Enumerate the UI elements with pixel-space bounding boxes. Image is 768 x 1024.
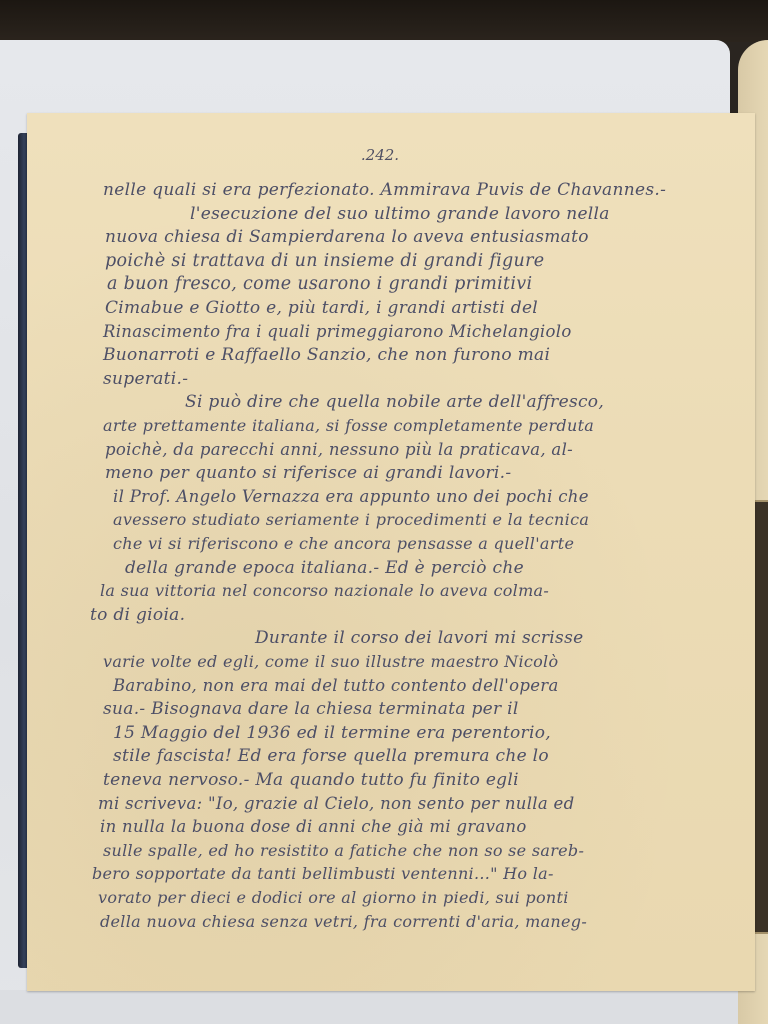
text-line: nelle quali si era perfezionato. Ammirav… [103,180,666,200]
text-line: Rinascimento fra i quali primeggiarono M… [103,322,572,341]
text-line: Si può dire che quella nobile arte dell'… [185,392,604,412]
text-line: bero sopportate da tanti bellimbusti ven… [92,864,554,883]
text-line: a buon fresco, come usarono i grandi pri… [107,274,532,294]
text-line: meno per quanto si riferisce ai grandi l… [105,463,511,483]
text-line: l'esecuzione del suo ultimo grande lavor… [190,204,610,224]
text-line: arte prettamente italiana, si fosse comp… [103,416,594,435]
text-line: to di gioia. [90,605,185,625]
text-line: della nuova chiesa senza vetri, fra corr… [100,912,587,931]
text-line: avessero studiato seriamente i procedime… [113,510,589,529]
text-line: poichè si trattava di un insieme di gran… [105,251,544,271]
text-line: sulle spalle, ed ho resistito a fatiche … [103,841,584,860]
manuscript-text: nelle quali si era perfezionato. Ammirav… [0,0,768,1024]
text-line: varie volte ed egli, come il suo illustr… [103,652,558,671]
text-line: la sua vittoria nel concorso nazionale l… [100,581,549,600]
text-line: sua.- Bisognava dare la chiesa terminata… [103,699,519,719]
text-line: Buonarroti e Raffaello Sanzio, che non f… [103,345,550,365]
text-line: stile fascista! Ed era forse quella prem… [113,746,549,766]
text-line: che vi si riferiscono e che ancora pensa… [113,534,574,553]
text-line: in nulla la buona dose di anni che già m… [100,817,527,836]
text-line: superati.- [103,369,188,389]
text-line: il Prof. Angelo Vernazza era appunto uno… [113,487,589,506]
text-line: 15 Maggio del 1936 ed il termine era per… [113,723,551,743]
text-line: vorato per dieci e dodici ore al giorno … [98,888,569,907]
text-line: Durante il corso dei lavori mi scrisse [255,628,583,648]
text-line: poichè, da parecchi anni, nessuno più la… [105,440,573,459]
text-line: Cimabue e Giotto e, più tardi, i grandi … [105,298,538,318]
text-line: nuova chiesa di Sampierdarena lo aveva e… [105,227,589,247]
text-line: teneva nervoso.- Ma quando tutto fu fini… [103,770,519,790]
text-line: della grande epoca italiana.- Ed è perci… [125,558,524,578]
text-line: mi scriveva: "Io, grazie al Cielo, non s… [98,794,575,813]
text-line: Barabino, non era mai del tutto contento… [113,676,559,695]
